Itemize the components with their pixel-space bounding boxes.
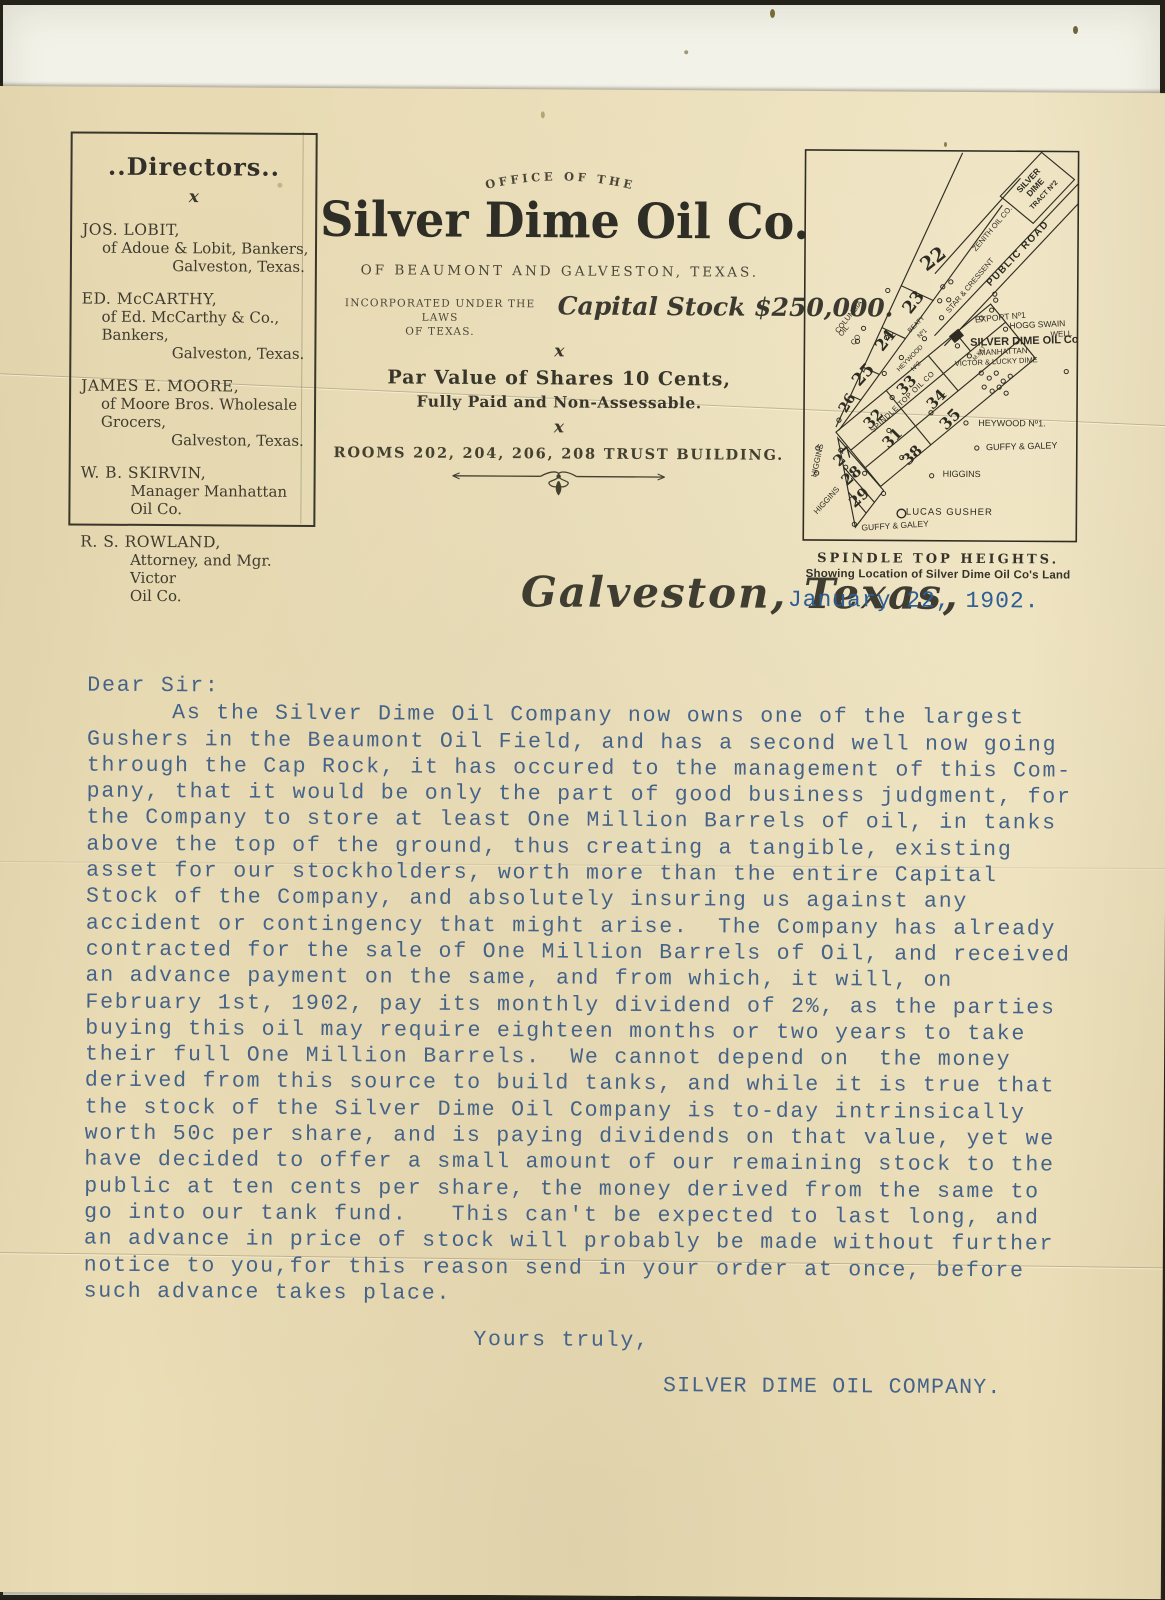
map-well-icon bbox=[930, 474, 934, 478]
map-well-icon bbox=[949, 280, 953, 284]
ornament-icon: x bbox=[319, 416, 799, 439]
map-well-icon bbox=[990, 389, 994, 393]
map-well-icon bbox=[899, 355, 903, 359]
map-well-icon bbox=[982, 385, 986, 389]
directors-entries: JOS. LOBIT,of Adoue & Lobit, Bankers,Gal… bbox=[70, 220, 315, 605]
director-line: Oil Co. bbox=[70, 586, 313, 605]
ornament-icon: x bbox=[72, 186, 315, 207]
map-lucas-gusher-icon bbox=[897, 509, 906, 518]
map-label: HIGGINS bbox=[943, 469, 981, 479]
letter-body: Dear Sir: As the Silver Dime Oil Company… bbox=[83, 673, 1097, 1403]
map-well-icon bbox=[938, 299, 942, 303]
ornament-icon: x bbox=[319, 340, 799, 363]
paper-speck bbox=[541, 111, 545, 118]
signature-line: SILVER DIME OIL COMPANY. bbox=[83, 1370, 1093, 1402]
director-entry: JAMES E. MOORE,of Moore Bros. Wholesale … bbox=[71, 376, 314, 449]
map-label: LUCAS GUSHER bbox=[906, 507, 993, 519]
map-lot-number: 35 bbox=[935, 404, 964, 433]
incorporated-note: INCORPORATED UNDER THE LAWS OF TEXAS. bbox=[327, 296, 552, 339]
director-entry: JOS. LOBIT,of Adoue & Lobit, Bankers,Gal… bbox=[72, 220, 315, 275]
map-well-icon bbox=[1008, 374, 1012, 378]
map-well-icon bbox=[990, 308, 994, 312]
director-line: Galveston, Texas. bbox=[71, 430, 314, 449]
map-drawing: 2223242526272829313233343538SILVERDIMETR… bbox=[783, 145, 1085, 547]
incorporated-line2: OF TEXAS. bbox=[327, 324, 552, 339]
map-label: GUFFY & GALEY bbox=[861, 518, 929, 532]
map-well-icon bbox=[1064, 369, 1068, 373]
map-well-icon bbox=[964, 421, 968, 425]
map-lot-number: 25 bbox=[848, 359, 879, 390]
capital-stock: Capital Stock $250,000. bbox=[558, 291, 798, 321]
par-value-line: Par Value of Shares 10 Cents, bbox=[319, 366, 799, 391]
map-label: GUFFY & GALEY bbox=[986, 440, 1058, 452]
director-line: JAMES E. MOORE, bbox=[71, 376, 314, 395]
director-line: of Adoue & Lobit, Bankers, bbox=[72, 238, 315, 257]
director-line: Galveston, Texas. bbox=[72, 256, 315, 275]
director-line: of Ed. McCarthy & Co., Bankers, bbox=[71, 307, 314, 344]
dateline-typed-date: January 22, 1902. bbox=[788, 587, 1040, 615]
map-well-icon bbox=[1003, 327, 1007, 331]
company-name: Silver Dime Oil Co. bbox=[320, 191, 800, 251]
paper-speck bbox=[770, 9, 775, 18]
director-line: W. B. SKIRVIN, bbox=[71, 463, 314, 482]
map-label: HIGGINS bbox=[812, 485, 841, 516]
office-of-the-text: OFFICE OF THE bbox=[484, 169, 637, 193]
svg-text:OFFICE OF THE: OFFICE OF THE bbox=[484, 169, 637, 193]
scanned-letter-photo: ..Directors.. x JOS. LOBIT,of Adoue & Lo… bbox=[0, 0, 1165, 1600]
map-caption-title: SPINDLE TOP HEIGHTS. bbox=[783, 551, 1093, 568]
company-subtitle: OF BEAUMONT AND GALVESTON, TEXAS. bbox=[320, 262, 800, 281]
map-well-icon bbox=[939, 316, 943, 320]
map-well-icon bbox=[975, 446, 979, 450]
map-well-icon bbox=[886, 288, 890, 292]
director-entry: ED. McCARTHY,of Ed. McCarthy & Co., Bank… bbox=[71, 289, 314, 362]
flourish-icon bbox=[438, 467, 678, 498]
letterhead-center: OFFICE OF THE Silver Dime Oil Co. OF BEA… bbox=[321, 160, 801, 163]
body-lines: As the Silver Dime Oil Company now owns … bbox=[84, 700, 1098, 1311]
paper-speck bbox=[277, 183, 282, 188]
map-well-icon bbox=[947, 298, 951, 302]
fully-paid-line: Fully Paid and Non-Assessable. bbox=[319, 391, 799, 413]
map-well-icon bbox=[1001, 379, 1005, 383]
incorporated-line1: INCORPORATED UNDER THE LAWS bbox=[328, 296, 553, 325]
map-well-icon bbox=[987, 376, 991, 380]
map-lot-number: 22 bbox=[916, 242, 950, 276]
closing-line: Yours truly, bbox=[83, 1325, 1093, 1357]
paper-speck bbox=[944, 142, 947, 147]
paper-speck bbox=[1073, 26, 1078, 34]
map-lot-number: 24 bbox=[871, 325, 900, 354]
map-label: HIGGINS bbox=[809, 443, 825, 478]
rooms-line: ROOMS 202, 204, 206, 208 TRUST BUILDING. bbox=[319, 444, 799, 464]
directors-title: ..Directors.. bbox=[72, 151, 315, 181]
map-well-icon bbox=[1004, 391, 1008, 395]
map-well-icon bbox=[994, 298, 998, 302]
map-label: ZENITH OIL CO. bbox=[971, 204, 1014, 253]
map-lot-number: 31 bbox=[879, 424, 906, 452]
map-lot-number: 26 bbox=[836, 391, 860, 416]
map-well-icon bbox=[861, 326, 865, 330]
paper-speck bbox=[684, 50, 688, 54]
map-well-icon bbox=[882, 371, 886, 375]
director-entry: W. B. SKIRVIN,Manager Manhattan Oil Co. bbox=[70, 463, 313, 518]
map-well-icon bbox=[994, 371, 998, 375]
director-line: Galveston, Texas. bbox=[71, 343, 314, 362]
directors-box: ..Directors.. x JOS. LOBIT,of Adoue & Lo… bbox=[68, 131, 317, 527]
map-label: HEYWOOD Nº1. bbox=[978, 418, 1045, 428]
director-entry: R. S. ROWLAND,Attorney, and Mgr. VictorO… bbox=[70, 532, 313, 605]
map-well-icon bbox=[922, 337, 926, 341]
director-line: ED. McCARTHY, bbox=[72, 289, 315, 308]
director-line: of Moore Bros. Wholesale Grocers, bbox=[71, 394, 314, 431]
director-line: Attorney, and Mgr. Victor bbox=[70, 550, 313, 587]
spindletop-map: 2223242526272829313233343538SILVERDIMETR… bbox=[783, 145, 1096, 582]
director-line: Manager Manhattan Oil Co. bbox=[70, 481, 313, 518]
letter-sheet: ..Directors.. x JOS. LOBIT,of Adoue & Lo… bbox=[0, 86, 1165, 1599]
map-well-icon bbox=[955, 344, 959, 348]
map-well-icon bbox=[881, 491, 885, 495]
director-line: JOS. LOBIT, bbox=[72, 220, 315, 239]
director-line: R. S. ROWLAND, bbox=[70, 532, 313, 551]
